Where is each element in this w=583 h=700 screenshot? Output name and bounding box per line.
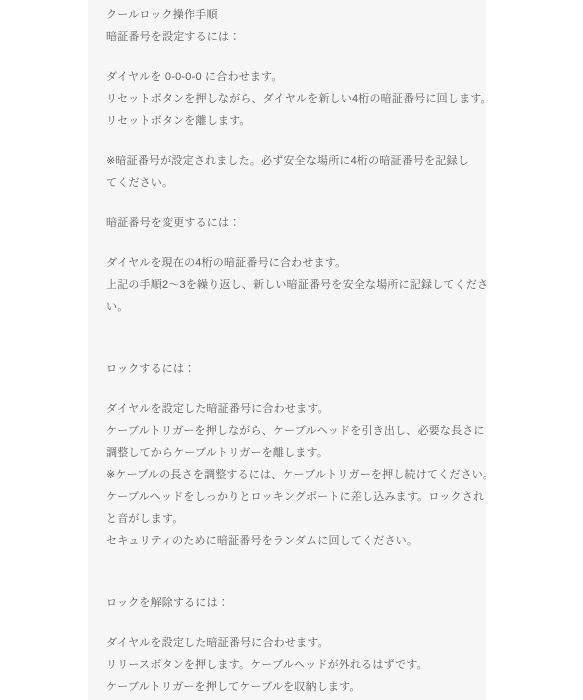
instructions-panel: クールロック操作手順暗証番号を設定するには：ダイヤルを 0-0-0-0 に合わせ…: [88, 0, 486, 700]
text-line: ダイヤルを設定した暗証番号に合わせます。: [106, 632, 469, 654]
text-line: てください。: [106, 172, 469, 194]
text-line: ダイヤルを 0-0-0-0 に合わせます。: [106, 66, 469, 88]
text-line: リセットボタンを離します。: [106, 110, 469, 132]
text-line: ケーブルトリガーを押してケーブルを収納します。: [106, 676, 469, 698]
text-line: ケーブルトリガーを押しながら、ケーブルヘッドを引き出し、必要な長さにケーブルを: [106, 420, 469, 442]
paragraph: ダイヤルを現在の4桁の暗証番号に合わせます。上記の手順2～3を繰り返し、新しい暗…: [106, 252, 469, 318]
text-line: 暗証番号を変更するには：: [106, 212, 469, 234]
paragraph: ロックするには：: [106, 358, 469, 380]
text-line: ダイヤルを現在の4桁の暗証番号に合わせます。: [106, 252, 469, 274]
page-title: クールロック操作手順: [106, 4, 469, 26]
paragraph: 暗証番号を変更するには：: [106, 212, 469, 234]
text-line: い。: [106, 296, 469, 318]
text-line: リセットボタンを押しながら、ダイヤルを新しい4桁の暗証番号に回します。: [106, 88, 469, 110]
text-line: ケーブルヘッドをしっかりとロッキングポートに差し込みます。ロックされると「カチッ…: [106, 486, 469, 508]
paragraph: ダイヤルを設定した暗証番号に合わせます。リリースボタンを押します。ケーブルヘッド…: [106, 632, 469, 698]
text-line: ロックするには：: [106, 358, 469, 380]
text-line: セキュリティのために暗証番号をランダムに回してください。: [106, 530, 469, 552]
text-line: ダイヤルを設定した暗証番号に合わせます。: [106, 398, 469, 420]
paragraph: クールロック操作手順暗証番号を設定するには：: [106, 4, 469, 48]
text-line: ロックを解除するには：: [106, 592, 469, 614]
paragraph: ダイヤルを設定した暗証番号に合わせます。ケーブルトリガーを押しながら、ケーブルヘ…: [106, 398, 469, 552]
text-line: ※暗証番号が設定されました。必ず安全な場所に4桁の暗証番号を記録し: [106, 150, 469, 172]
text-line: 暗証番号を設定するには：: [106, 26, 469, 48]
paragraph: ロックを解除するには：: [106, 592, 469, 614]
text-line: ※ケーブルの長さを調整するには、ケーブルトリガーを押し続けてください。: [106, 464, 469, 486]
text-line: 上記の手順2～3を繰り返し、新しい暗証番号を安全な場所に記録してくださ: [106, 274, 469, 296]
text-line: 調整してからケーブルトリガーを離します。: [106, 442, 469, 464]
paragraph: ※暗証番号が設定されました。必ず安全な場所に4桁の暗証番号を記録してください。: [106, 150, 469, 194]
text-line: リリースボタンを押します。ケーブルヘッドが外れるはずです。: [106, 654, 469, 676]
paragraph: ダイヤルを 0-0-0-0 に合わせます。リセットボタンを押しながら、ダイヤルを…: [106, 66, 469, 132]
text-line: と音がします。: [106, 508, 469, 530]
